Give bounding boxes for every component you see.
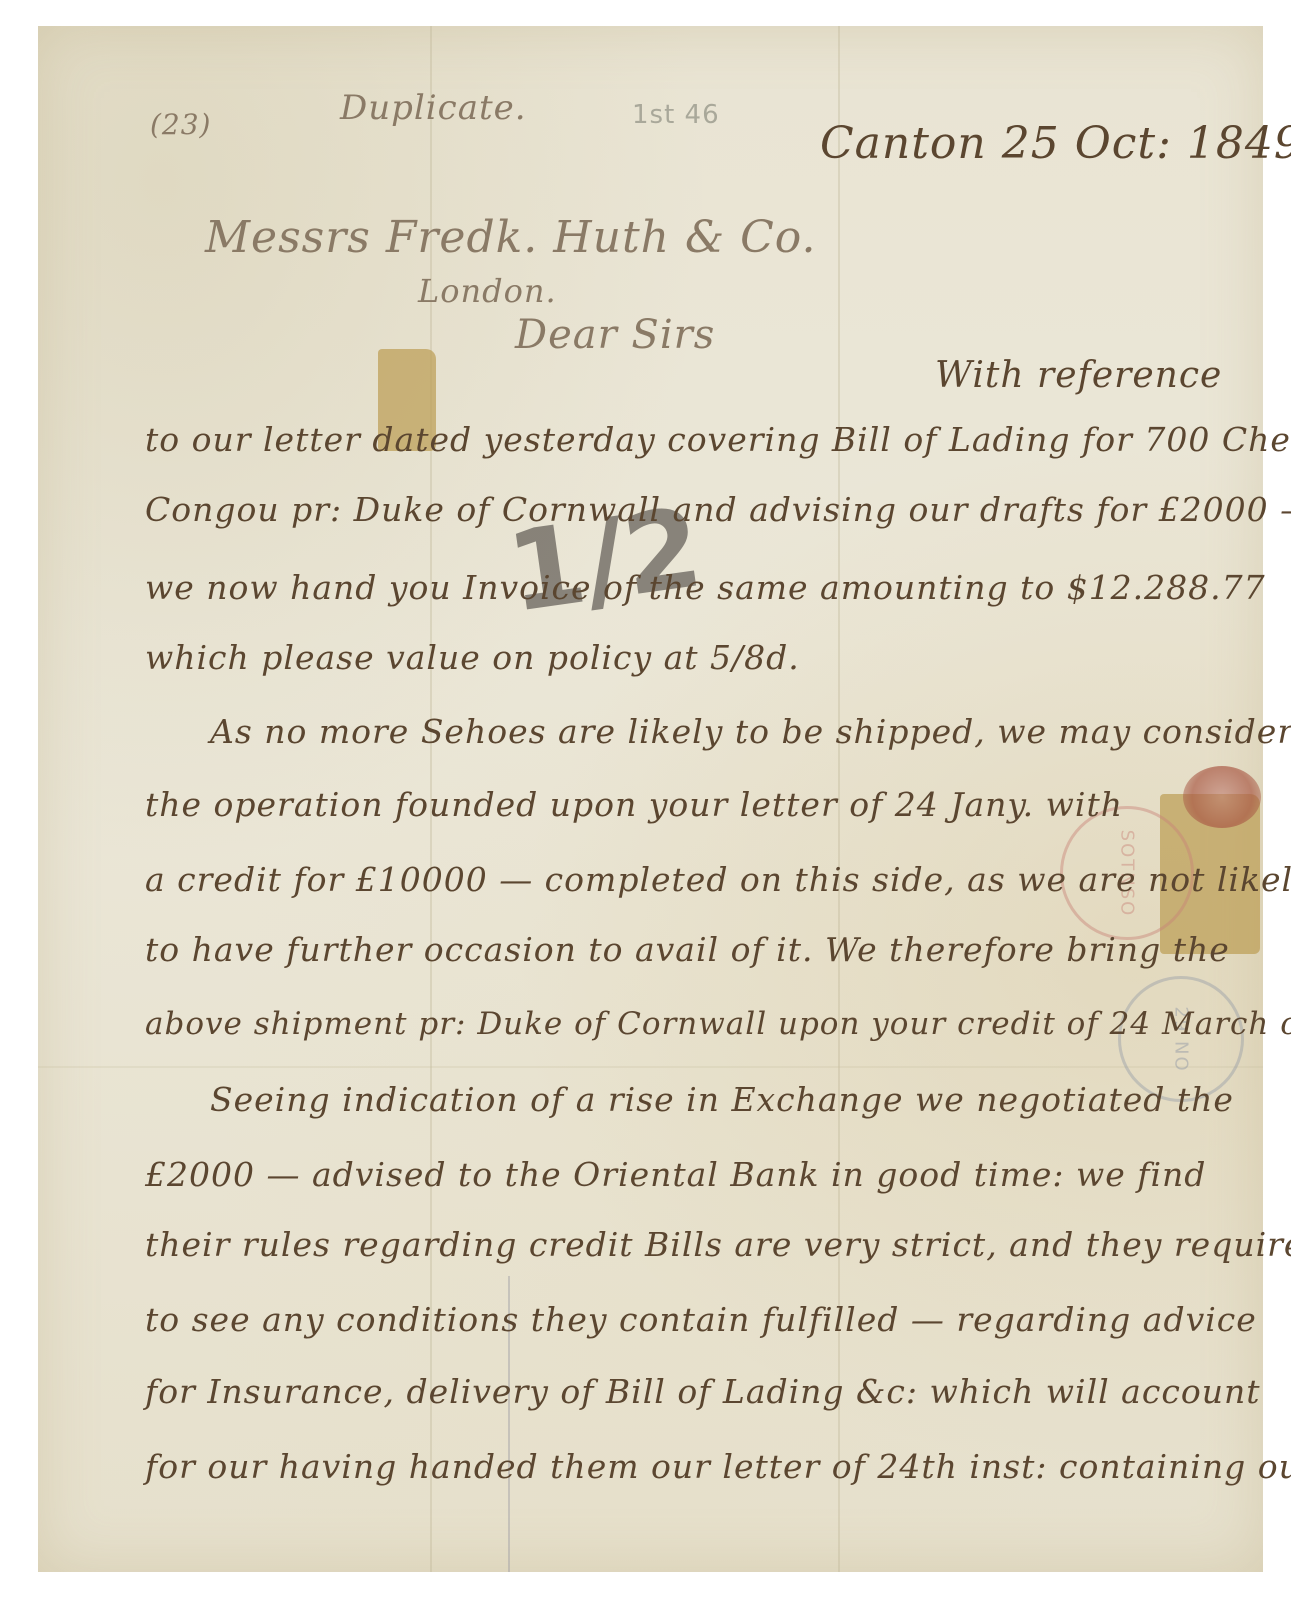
body-line: With reference: [935, 355, 1222, 396]
body-line: to our letter dated yesterday covering B…: [145, 420, 1291, 459]
body-line: for our having handed them our letter of…: [145, 1447, 1291, 1486]
body-line: we now hand you Invoice of the same amou…: [145, 568, 1266, 607]
wax-stain: [1183, 766, 1261, 828]
folio-mark: (23): [150, 108, 211, 141]
recipient: Messrs Fredk. Huth & Co.: [205, 212, 817, 263]
duplicate-label: Duplicate.: [340, 88, 527, 128]
fold-line-horizontal: [38, 1066, 1263, 1068]
salutation: Dear Sirs: [515, 312, 715, 358]
body-line: to see any conditions they contain fulfi…: [145, 1300, 1257, 1339]
body-line: Congou pr: Duke of Cornwall and advising…: [145, 490, 1291, 529]
body-line: for Insurance, delivery of Bill of Ladin…: [145, 1372, 1260, 1411]
pencil-annotation: 1st 46: [632, 100, 720, 130]
body-line: the operation founded upon your letter o…: [145, 785, 1123, 824]
place-date: Canton 25 Oct: 1849.: [820, 118, 1291, 169]
body-line: £2000 — advised to the Oriental Bank in …: [145, 1155, 1206, 1194]
body-line: As no more Sehoes are likely to be shipp…: [210, 712, 1291, 751]
body-line: above shipment pr: Duke of Cornwall upon…: [145, 1006, 1291, 1042]
body-line: to have further occasion to avail of it.…: [145, 930, 1230, 969]
body-line: Seeing indication of a rise in Exchange …: [210, 1080, 1234, 1119]
body-line: their rules regarding credit Bills are v…: [145, 1225, 1291, 1264]
recipient-city: London.: [418, 272, 557, 310]
body-line: a credit for £10000 — completed on this …: [145, 860, 1291, 899]
body-line: which please value on policy at 5/8d.: [145, 638, 800, 677]
